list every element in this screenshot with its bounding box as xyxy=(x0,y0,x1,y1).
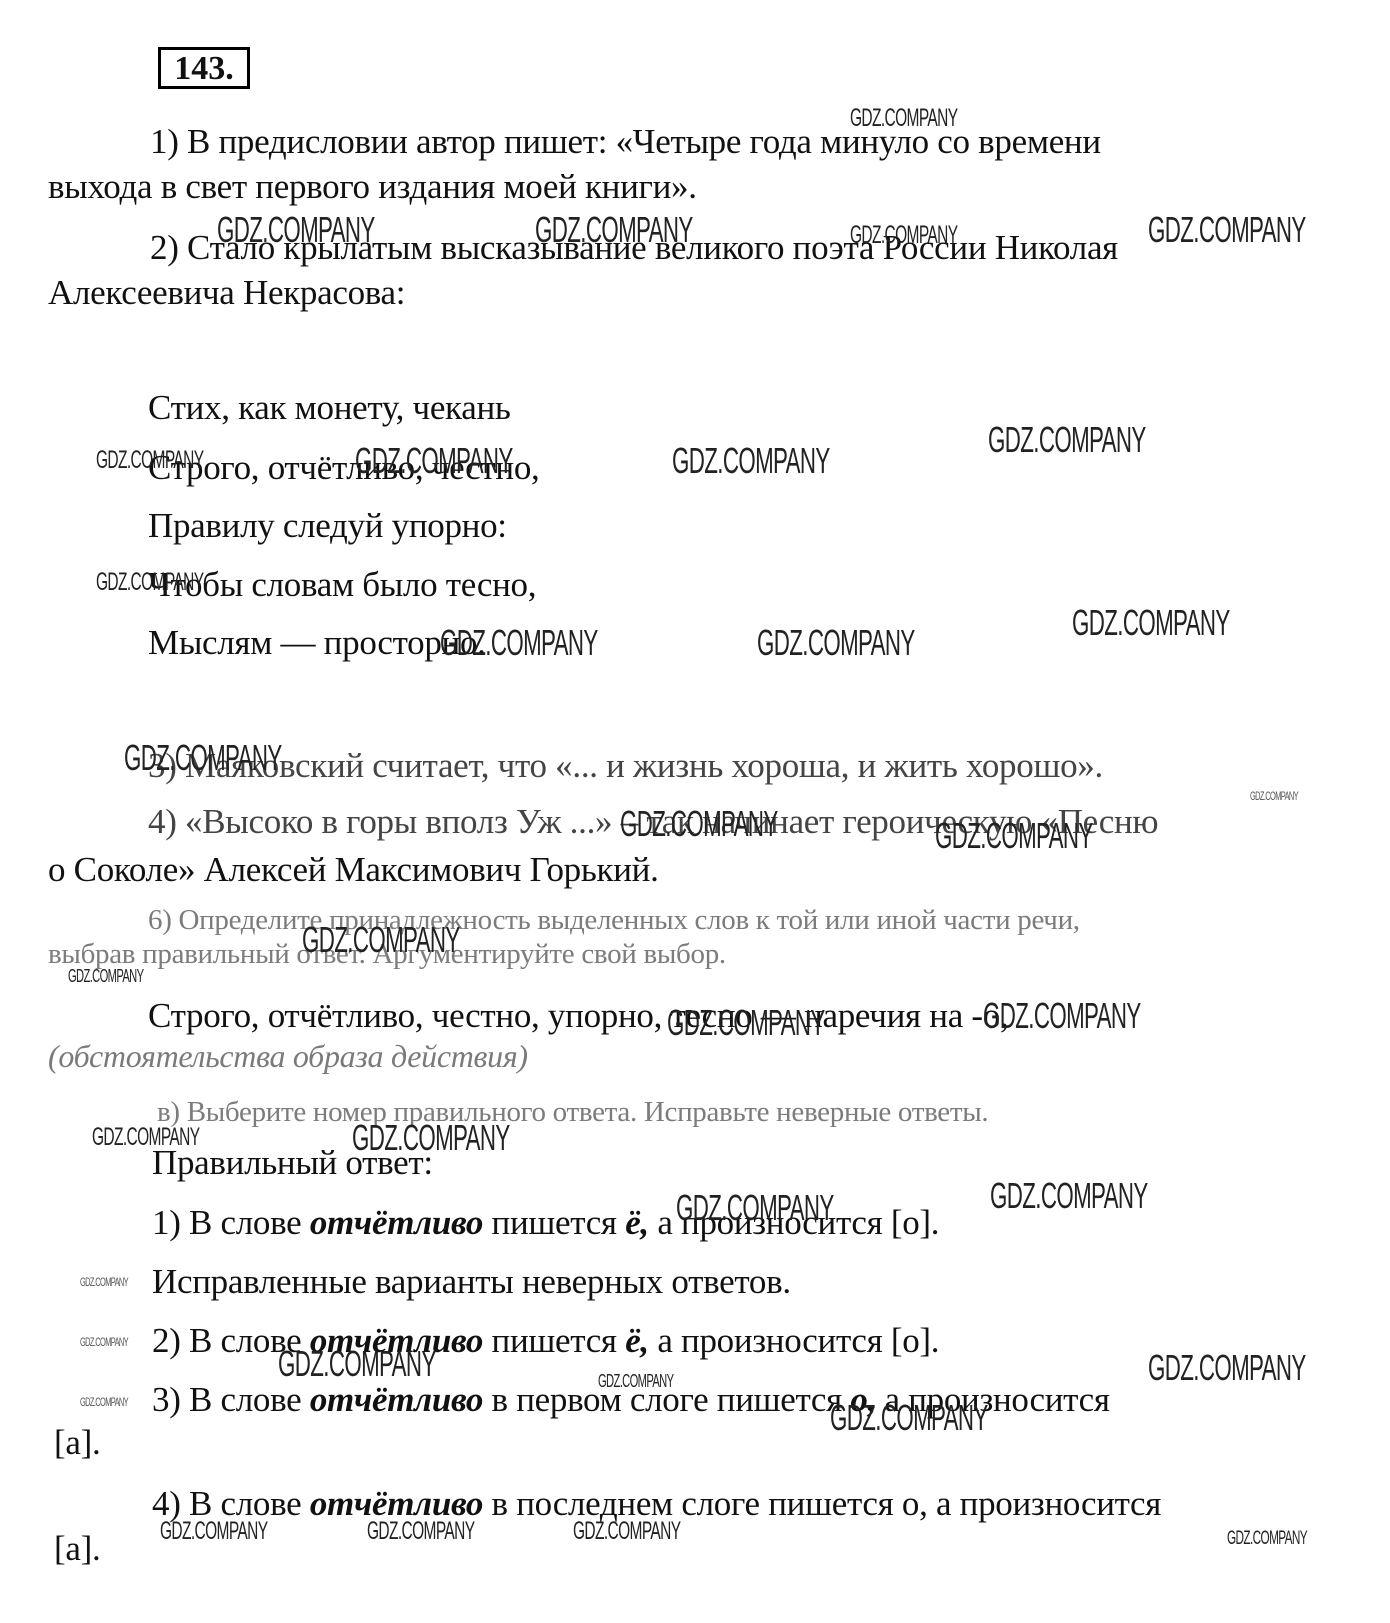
watermark-text: GDZ.COMPANY xyxy=(983,998,1141,1034)
paragraph-3: 3) Маяковский считает, что «... и жизнь … xyxy=(148,748,1103,783)
watermark-text: GDZ.COMPANY xyxy=(850,223,957,248)
answer-text: пишется xyxy=(483,1203,625,1242)
watermark-text: GDZ.COMPANY xyxy=(757,625,915,661)
watermark-text: GDZ.COMPANY xyxy=(676,1190,834,1226)
watermark-text: GDZ.COMPANY xyxy=(667,1005,825,1041)
watermark-text: GDZ.COMPANY xyxy=(367,1519,474,1544)
watermark-text: GDZ.COMPANY xyxy=(850,106,957,131)
paragraph-2-line-2: Алексеевича Некрасова: xyxy=(48,275,405,310)
watermark-text: GDZ.COMPANY xyxy=(217,212,375,248)
watermark-text: GDZ.COMPANY xyxy=(1148,1350,1306,1386)
watermark-text: GDZ.COMPANY xyxy=(96,448,203,473)
watermark-text: GDZ.COMPANY xyxy=(352,1120,510,1156)
answer-4-continuation: [а]. xyxy=(54,1531,100,1566)
watermark-text: GDZ.COMPANY xyxy=(440,625,598,661)
watermark-text: GDZ.COMPANY xyxy=(278,1346,436,1382)
answer-4: 4) В слове отчётливо в последнем слоге п… xyxy=(152,1486,1161,1521)
task-b-line-1: 6) Определите принадлежность выделенных … xyxy=(148,906,1080,935)
poem-line: Стих, как монету, чекань xyxy=(148,390,511,425)
watermark-text: GDZ.COMPANY xyxy=(302,922,460,958)
watermark-text: GDZ.COMPANY xyxy=(80,1336,128,1348)
answer-b-line-2: (обстоятельства образа действия) xyxy=(48,1040,528,1072)
exercise-number: 143. xyxy=(158,47,250,89)
watermark-text: GDZ.COMPANY xyxy=(68,967,143,985)
answer-b-line-1: Строго, отчётливо, честно, упорно, тесно… xyxy=(148,998,1008,1033)
answer-text: 1) В слове xyxy=(152,1203,310,1242)
watermark-text: GDZ.COMPANY xyxy=(990,1178,1148,1214)
answer-text: пишется xyxy=(483,1321,625,1360)
highlighted-letter: ё, xyxy=(625,1321,649,1360)
watermark-text: GDZ.COMPANY xyxy=(935,818,1093,854)
watermark-text: GDZ.COMPANY xyxy=(535,212,693,248)
watermark-text: GDZ.COMPANY xyxy=(92,1125,199,1150)
watermark-text: GDZ.COMPANY xyxy=(1072,605,1230,641)
paragraph-1-line-1: 1) В предисловии автор пишет: «Четыре го… xyxy=(150,124,1101,159)
watermark-text: GDZ.COMPANY xyxy=(1250,790,1298,802)
highlighted-letter: ё, xyxy=(625,1203,649,1242)
answer-3-continuation: [а]. xyxy=(54,1425,100,1460)
watermark-text: GDZ.COMPANY xyxy=(80,1276,128,1288)
highlighted-word: отчётливо xyxy=(310,1380,483,1419)
watermark-text: GDZ.COMPANY xyxy=(672,443,830,479)
watermark-text: GDZ.COMPANY xyxy=(1148,212,1306,248)
watermark-text: GDZ.COMPANY xyxy=(620,806,778,842)
paragraph-4-line-2: о Соколе» Алексей Максимович Горький. xyxy=(48,852,659,887)
watermark-text: GDZ.COMPANY xyxy=(573,1519,680,1544)
watermark-text: GDZ.COMPANY xyxy=(598,1372,673,1390)
poem-line: Правилу следуй упорно: xyxy=(148,508,507,543)
watermark-text: GDZ.COMPANY xyxy=(355,443,513,479)
answer-text: а произносится [о]. xyxy=(649,1321,939,1360)
watermark-text: GDZ.COMPANY xyxy=(160,1519,267,1544)
watermark-text: GDZ.COMPANY xyxy=(988,422,1146,458)
watermark-text: GDZ.COMPANY xyxy=(96,570,203,595)
poem-line: Чтобы словам было тесно, xyxy=(148,567,536,602)
watermark-text: GDZ.COMPANY xyxy=(80,1396,128,1408)
watermark-text: GDZ.COMPANY xyxy=(830,1400,988,1436)
answer-2: 2) В слове отчётливо пишется ё, а произн… xyxy=(152,1323,939,1358)
task-c: в) Выберите номер правильного ответа. Ис… xyxy=(157,1098,988,1127)
answer-text: 3) В слове xyxy=(152,1380,310,1419)
highlighted-word: отчётливо xyxy=(310,1203,483,1242)
watermark-text: GDZ.COMPANY xyxy=(124,740,282,776)
watermark-text: GDZ.COMPANY xyxy=(1227,1529,1307,1548)
paragraph-1-line-2: выхода в свет первого издания моей книги… xyxy=(48,169,697,204)
corrected-answers-label: Исправленные варианты неверных ответов. xyxy=(152,1264,791,1299)
poem-line: Мыслям — просторно. xyxy=(148,625,486,660)
